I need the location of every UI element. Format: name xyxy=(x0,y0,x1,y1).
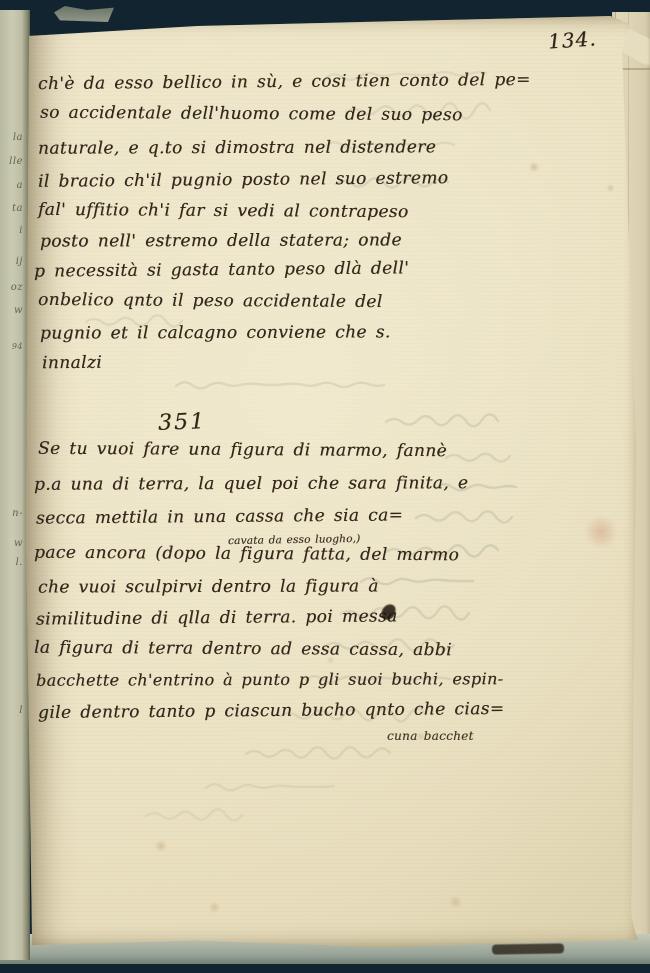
margin-fragment: ta xyxy=(12,203,23,214)
margin-fragment: i xyxy=(19,225,23,236)
manuscript-line: pugnio et il calcagno conviene che s. xyxy=(40,322,391,343)
manuscript-line: naturale, e q.to si dimostra nel distend… xyxy=(38,137,436,158)
margin-fragment: n- xyxy=(12,508,23,519)
margin-fragment: l. xyxy=(16,557,23,568)
manuscript-line: il bracio ch'il pugnio posto nel suo est… xyxy=(38,168,449,192)
foxing-stain xyxy=(448,896,463,908)
manuscript-page: 134. ch'è da esso bellico in sù, e cosi … xyxy=(26,16,638,948)
margin-fragment: a xyxy=(17,180,23,191)
foxing-stain xyxy=(208,902,221,913)
facing-page-strip: la lle a ta i ij oz w 94 n- w l. l xyxy=(0,10,30,960)
folio-number: 134. xyxy=(547,26,597,53)
manuscript-line: Se tu vuoi fare una figura di marmo, fan… xyxy=(38,439,447,461)
foxing-stain xyxy=(154,840,168,852)
margin-fragment: oz xyxy=(11,282,23,293)
manuscript-line: innalzi xyxy=(42,353,102,374)
manuscript-line: similitudine di qlla di terra. poi messa xyxy=(36,606,398,629)
manuscript-line: so accidentale dell'huomo come del suo p… xyxy=(40,103,463,126)
margin-fragment: lle xyxy=(9,156,23,167)
manuscript-photo: la lle a ta i ij oz w 94 n- w l. l xyxy=(0,0,650,973)
manuscript-line: p.a una di terra, la quel poi che sara f… xyxy=(34,473,468,495)
manuscript-line: onbelico qnto il peso accidentale del xyxy=(38,290,383,312)
manuscript-line: che vuoi sculpirvi dentro la figura à xyxy=(38,576,379,597)
manuscript-line: secca mettila in una cassa che sia ca= xyxy=(36,505,403,528)
foxing-stain xyxy=(528,162,540,172)
foxing-stain xyxy=(584,514,618,550)
manuscript-line: bacchette ch'entrino à punto p gli suoi … xyxy=(36,669,504,690)
margin-fragment: w xyxy=(14,538,23,549)
margin-fragment: la xyxy=(13,132,23,143)
catchword: cuna bacchet xyxy=(387,729,474,743)
manuscript-line: posto nell' estremo della statera; onde xyxy=(40,230,402,251)
section-number: 351 xyxy=(158,409,207,436)
binding-debris xyxy=(54,6,114,22)
manuscript-line: p necessità si gasta tanto peso dlà dell… xyxy=(34,258,409,281)
manuscript-line: la figura di terra dentro ad essa cassa,… xyxy=(34,638,452,661)
manuscript-line: ch'è da esso bellico in sù, e cosi tien … xyxy=(38,70,531,94)
manuscript-line: pace ancora (dopo la figura fatta, del m… xyxy=(34,543,459,566)
foxing-stain xyxy=(606,184,615,192)
manuscript-line: fal' uffitio ch'i far si vedi al contrap… xyxy=(38,200,409,222)
margin-fragment: 94 xyxy=(12,342,23,351)
margin-fragment: w xyxy=(14,305,23,316)
manuscript-line: gile dentro tanto p ciascun bucho qnto c… xyxy=(38,699,505,723)
margin-fragment: l xyxy=(19,705,23,716)
edge-smudge xyxy=(492,943,564,954)
margin-fragment: ij xyxy=(16,256,23,267)
